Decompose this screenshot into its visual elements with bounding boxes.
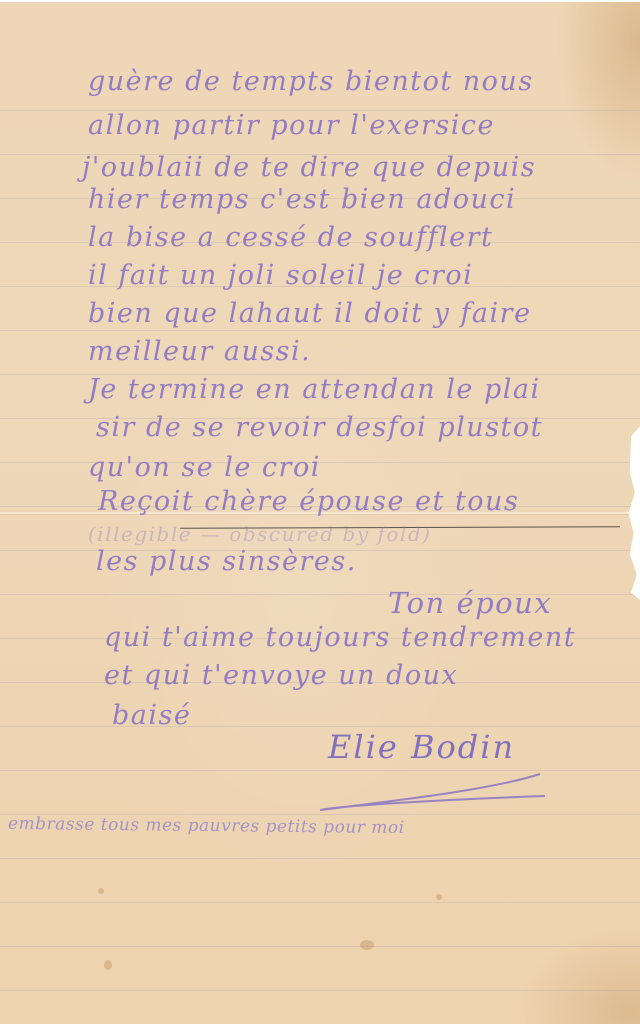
signature-flourish: [310, 770, 550, 816]
ruled-line: [0, 858, 640, 859]
stain: [436, 894, 442, 900]
letter-line: Je termine en attendan le plai: [88, 374, 541, 405]
letter-line: Reçoit chère épouse et tous: [98, 486, 519, 517]
ruled-line: [0, 990, 640, 991]
letter-line: bien que lahaut il doit y faire: [88, 298, 532, 329]
stain: [104, 960, 112, 970]
letter-line: guère de tempts bientot nous: [88, 66, 534, 97]
ruled-line: [0, 330, 640, 331]
postscript: embrasse tous mes pauvres petits pour mo…: [8, 814, 405, 838]
letter-closing: Ton époux: [388, 586, 552, 620]
letter-line: allon partir pour l'exersice: [88, 110, 495, 141]
letter-line-obscured: (illegible — obscured by fold): [88, 522, 431, 546]
stain: [360, 940, 374, 950]
letter-line: il fait un joli soleil je croi: [88, 260, 473, 291]
ruled-line: [0, 946, 640, 947]
stain: [98, 888, 104, 894]
letter-line: les plus sinsères.: [96, 546, 357, 577]
letter-line: j'oublaii de te dire que depuis: [82, 152, 536, 183]
letter-line: la bise a cessé de soufflert: [88, 222, 493, 253]
ruled-line: [0, 726, 640, 727]
ruled-line: [0, 902, 640, 903]
letter-line: et qui t'envoye un doux: [104, 660, 458, 691]
letter-line: meilleur aussi.: [88, 336, 311, 367]
letter-line: baisé: [112, 700, 191, 731]
signature: Elie Bodin: [328, 728, 515, 766]
letter-line: qu'on se le croi: [88, 452, 321, 483]
letter-line: qui t'aime toujours tendrement: [104, 622, 576, 653]
letter-line: sir de se revoir desfoi plustot: [96, 412, 543, 443]
letter-line: hier temps c'est bien adouci: [88, 184, 516, 215]
